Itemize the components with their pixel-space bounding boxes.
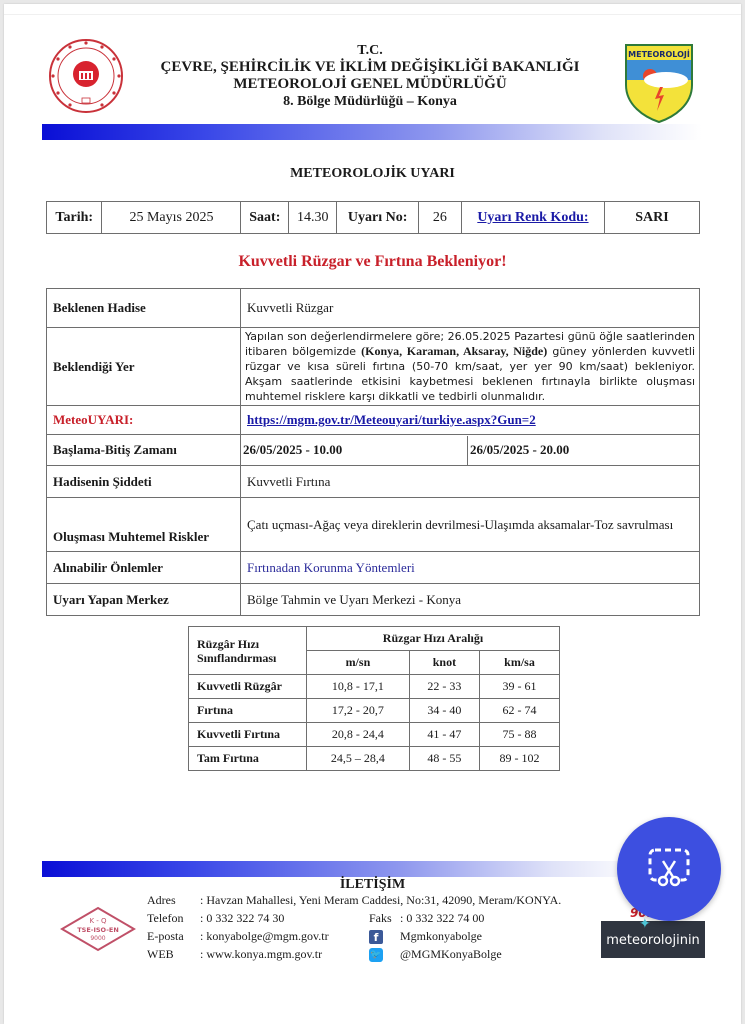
warning-no-value: 26 (418, 202, 461, 234)
ministry-heading: T.C. ÇEVRE, ŞEHİRCİLİK VE İKLİM DEĞİŞİKL… (120, 42, 620, 110)
measures-label: Alınabilir Önlemler (47, 552, 241, 584)
svg-text:TSE-ISO-EN: TSE-ISO-EN (77, 926, 119, 934)
center-label: Uyarı Yapan Merkez (47, 584, 241, 616)
place-label: Beklendiği Yer (47, 328, 241, 406)
unit-knot: knot (409, 651, 479, 675)
facebook-handle[interactable]: Mgmkonyabolge (400, 927, 502, 945)
wind-kmh: 39 - 61 (480, 675, 560, 699)
contact-social-values: : 0 332 322 74 00 Mgmkonyabolge @MGMKony… (400, 909, 502, 963)
divider (4, 14, 741, 15)
wind-ms: 10,8 - 17,1 (307, 675, 410, 699)
color-code-link[interactable]: Uyarı Renk Kodu: (461, 202, 604, 234)
contact-labels: Adres Telefon E-posta WEB (147, 891, 184, 963)
wind-knot: 41 - 47 (409, 723, 479, 747)
color-code-label[interactable]: Uyarı Renk Kodu: (477, 210, 588, 225)
contact-social-icons: Faks f 🐦 (369, 909, 392, 963)
facebook-icon: f (369, 930, 383, 944)
risks-label: Oluşması Muhtemel Riskler (47, 498, 241, 552)
wind-ms: 20,8 - 24,4 (307, 723, 410, 747)
warning-info-table: Tarih: 25 Mayıs 2025 Saat: 14.30 Uyarı N… (46, 201, 700, 234)
time-value: 14.30 (289, 202, 337, 234)
document-title: METEOROLOJİK UYARI (0, 166, 745, 182)
event-value: Kuvvetli Rüzgar (241, 289, 700, 328)
color-code-value: SARI (605, 202, 700, 234)
header-gradient-bar (42, 124, 702, 140)
wind-class-name: Kuvvetli Rüzgâr (189, 675, 307, 699)
phone-label: Telefon (147, 909, 184, 927)
kq-tse-iso-badge-icon: K - Q TSE-ISO-EN 9000 (60, 906, 136, 952)
wind-knot: 48 - 55 (409, 747, 479, 771)
wind-speed-table: Rüzgâr Hızı Sınıflandırması Rüzgar Hızı … (188, 626, 560, 771)
warning-no-label: Uyarı No: (337, 202, 419, 234)
alert-headline: Kuvvetli Rüzgar ve Fırtına Bekleniyor! (0, 253, 745, 271)
time-label: Saat: (241, 202, 289, 234)
meteoroloji-shield-icon: METEOROLOJİ (624, 43, 694, 123)
meteorolojinin-logo: ✦ meteorolojinin (601, 921, 705, 958)
wind-class-header: Rüzgâr Hızı Sınıflandırması (189, 627, 307, 675)
unit-ms: m/sn (307, 651, 410, 675)
wind-kmh: 62 - 74 (480, 699, 560, 723)
ministry-seal-icon (48, 38, 124, 114)
wind-class-name: Fırtına (189, 699, 307, 723)
table-row: Tam Fırtına 24,5 – 28,4 48 - 55 89 - 102 (189, 747, 560, 771)
table-row: Fırtına 17,2 - 20,7 34 - 40 62 - 74 (189, 699, 560, 723)
address-label: Adres (147, 891, 184, 909)
meteouyari-link[interactable]: https://mgm.gov.tr/Meteouyari/turkiye.as… (247, 412, 536, 427)
email-label: E-posta (147, 927, 184, 945)
place-provinces: (Konya, Karaman, Aksaray, Niğde) (361, 344, 547, 358)
date-label: Tarih: (47, 202, 102, 234)
fax-label: Faks (369, 909, 392, 927)
star-icon: ✦ (639, 917, 651, 931)
date-value: 25 Mayıs 2025 (102, 202, 241, 234)
wind-class-name: Kuvvetli Fırtına (189, 723, 307, 747)
wind-kmh: 89 - 102 (480, 747, 560, 771)
wind-class-name: Tam Fırtına (189, 747, 307, 771)
end-time: 26/05/2025 - 20.00 (468, 436, 700, 465)
severity-value: Kuvvetli Fırtına (241, 466, 700, 498)
wind-range-header: Rüzgar Hızı Aralığı (307, 627, 560, 651)
header-region: 8. Bölge Müdürlüğü – Konya (120, 93, 620, 110)
wind-knot: 34 - 40 (409, 699, 479, 723)
measures-value[interactable]: Fırtınadan Korunma Yöntemleri (241, 552, 700, 584)
wind-ms: 17,2 - 20,7 (307, 699, 410, 723)
meteouyari-cell[interactable]: https://mgm.gov.tr/Meteouyari/turkiye.as… (241, 406, 700, 435)
svg-text:K - Q: K - Q (89, 917, 107, 925)
start-time: 26/05/2025 - 10.00 (241, 436, 468, 465)
event-label: Beklenen Hadise (47, 289, 241, 328)
center-value: Bölge Tahmin ve Uyarı Merkezi - Konya (241, 584, 700, 616)
svg-text:9000: 9000 (90, 935, 105, 942)
address-value: : Havzan Mahallesi, Yeni Meram Caddesi, … (200, 891, 561, 909)
place-description: Yapılan son değerlendirmelere göre; 26.0… (241, 328, 700, 406)
twitter-icon: 🐦 (369, 948, 383, 962)
scissors-crop-icon (647, 847, 691, 891)
risks-value: Çatı uçması-Ağaç veya direklerin devrilm… (241, 498, 700, 552)
screenshot-crop-button[interactable] (617, 817, 721, 921)
twitter-handle[interactable]: @MGMKonyaBolge (400, 945, 502, 963)
web-label: WEB (147, 945, 184, 963)
table-row: Kuvvetli Fırtına 20,8 - 24,4 41 - 47 75 … (189, 723, 560, 747)
svg-text:METEOROLOJİ: METEOROLOJİ (628, 49, 690, 59)
time-range-label: Başlama-Bitiş Zamanı (47, 435, 241, 466)
severity-label: Hadisenin Şiddeti (47, 466, 241, 498)
warning-details-table: Beklenen Hadise Kuvvetli Rüzgar Beklendi… (46, 288, 700, 616)
header-tc: T.C. (120, 42, 620, 59)
fax-value: : 0 332 322 74 00 (400, 909, 502, 927)
wind-ms: 24,5 – 28,4 (307, 747, 410, 771)
wind-kmh: 75 - 88 (480, 723, 560, 747)
header-directorate: METEOROLOJİ GENEL MÜDÜRLÜĞÜ (120, 76, 620, 93)
meteouyari-label: MeteoUYARI: (47, 406, 241, 435)
wind-knot: 22 - 33 (409, 675, 479, 699)
meteo-logo-text: meteorolojinin (606, 933, 700, 948)
unit-kmh: km/sa (480, 651, 560, 675)
header-ministry: ÇEVRE, ŞEHİRCİLİK VE İKLİM DEĞİŞİKLİĞİ B… (120, 59, 620, 76)
footer-gradient-bar (42, 861, 642, 877)
time-range-cell: 26/05/2025 - 10.00 26/05/2025 - 20.00 (241, 435, 700, 466)
table-row: Kuvvetli Rüzgâr 10,8 - 17,1 22 - 33 39 -… (189, 675, 560, 699)
